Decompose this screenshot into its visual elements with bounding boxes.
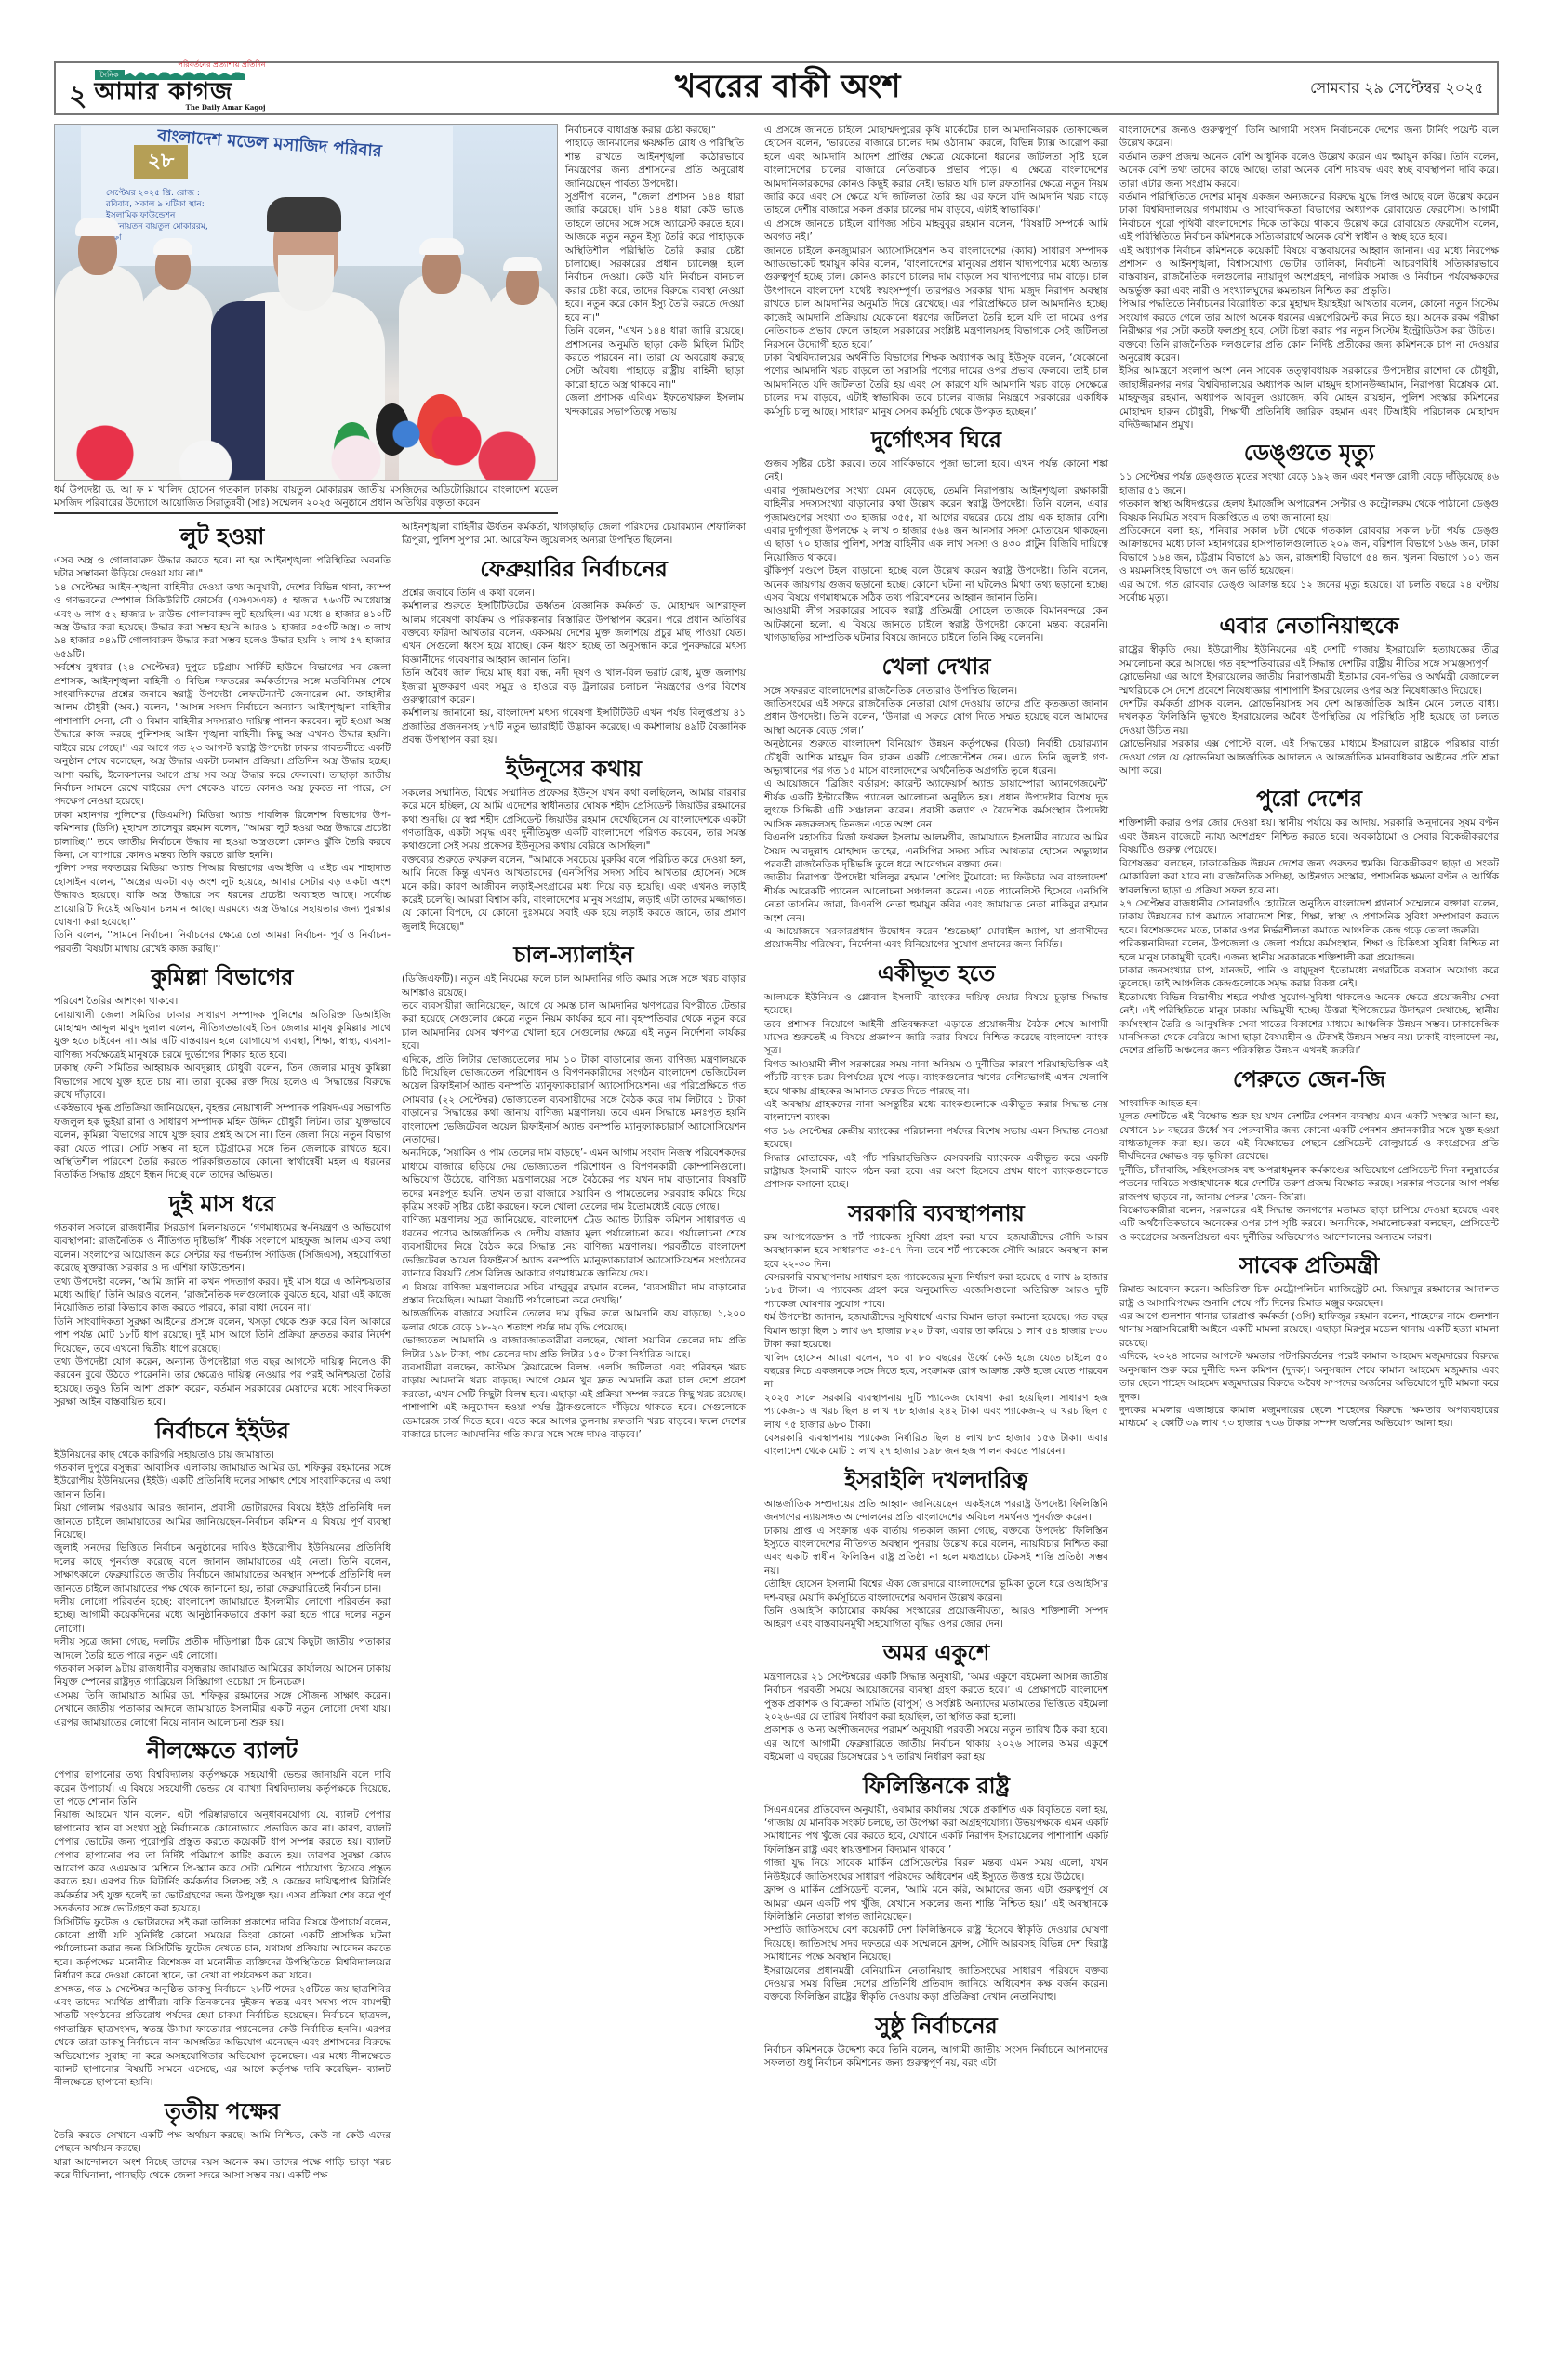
headline-khela: খেলা দেখার	[764, 651, 1108, 682]
headline-israel: ইসরাইলি দখলদারিত্ব	[764, 1464, 1108, 1496]
story-paragraph: এ বিষয়ে বাণিজ্য মন্ত্রণালয়ের সচিব মাহব…	[402, 1281, 746, 1308]
story-paragraph: তিনি বলেন, "এখন ১৪৪ ধারা জারি রয়েছে। প্…	[565, 324, 744, 391]
story-paragraph: সর্বশেষ বুধবার (২৪ সেপ্টেম্বর) দুপুরে চট…	[54, 661, 391, 808]
story-paragraph: তৈরি করতে সেখানে একটি পক্ষ অর্থায়ন করছে…	[54, 2129, 391, 2156]
story-paragraph: বর্তমান তরুণ প্রজন্ম অনেক বেশি আধুনিক বল…	[1119, 151, 1499, 191]
headline-two-months: দুই মাস ধরে	[54, 1188, 391, 1220]
story-paragraph: গাজা যুদ্ধ নিয়ে সাবেক মার্কিন প্রেসিডেন…	[764, 1857, 1108, 1884]
story-paragraph: পরিকল্পনাবিদরা বলেন, উপজেলা ও জেলা পর্যা…	[1119, 937, 1499, 964]
headline-yunus: ইউনূসের কথায়	[402, 753, 746, 785]
story-paragraph: ফ্রান্স ও মার্কিন প্রেসিডেন্ট বলেন, ‘আমি…	[764, 1884, 1108, 1924]
story-column-right: বাংলাদেশের জন্যও গুরুত্বপূর্ণ। তিনি আগাম…	[1119, 124, 1499, 1431]
story-paragraph: তৌহিদ হোসেন ইসলামী বিশ্বের ঐক্য জোরদারে …	[764, 1578, 1108, 1605]
story-paragraph: এসময় তিনি জামায়াত আমির ডা. শফিকুর রহমা…	[54, 1689, 391, 1729]
story-paragraph: অনুষ্ঠানের শুরুতে বাংলাদেশ বিনিয়োগ উন্ন…	[764, 737, 1108, 777]
story-paragraph: বেসরকারি ব্যবস্থাপনায় প্যাকেজ নির্ধারিত…	[764, 1432, 1108, 1459]
story-paragraph: ইসরায়েলের প্রধানমন্ত্রী বেনিয়ামিন নেতা…	[764, 1964, 1108, 2004]
headline-comilla: কুমিল্লা বিভাগের	[54, 961, 391, 993]
story-paragraph: ঢাকায় প্রাপ্ত এ সংক্রান্ত এক বার্তায় গ…	[764, 1525, 1108, 1579]
story-paragraph: স্লোভেনিয়া এর আগে ইসরায়েলের জাতীয় নির…	[1119, 670, 1499, 697]
story-paragraph: প্রসঙ্গত, গত ৯ সেপ্টেম্বর অনুষ্ঠিত ডাকসু…	[54, 1983, 391, 2090]
story-paragraph: এই অধ্যাপক নির্বাচন কমিশনকে কয়েকটি বিষয…	[1119, 245, 1499, 298]
headline-dengue: ডেঙ্গুতে মৃত্যু	[1119, 437, 1499, 469]
story-paragraph: ইতোমধ্যে বিভিন্ন বিভাগীয় শহরে পর্যাপ্ত …	[1119, 991, 1499, 1058]
story-paragraph: জাতিসংঘের এই সফরে রাজনৈতিক নেতারা যোগ দে…	[764, 697, 1108, 737]
newspaper-logo: ২ পরিবর্তনের প্রত্যাশায় প্রতিদিন দৈনিক …	[69, 66, 265, 111]
story-paragraph: দেশটির কর্মকর্তা গ্রাসক বলেন, স্লোভেনিয়…	[1119, 697, 1499, 737]
attendee-cap	[419, 238, 464, 255]
story-paragraph: সঙ্গে সফররত বাংলাদেশের রাজনৈতিক নেতারাও …	[764, 684, 1108, 697]
story-paragraph: বাংলাদেশের জন্যও গুরুত্বপূর্ণ। তিনি আগাম…	[1119, 124, 1499, 151]
story-paragraph: ঢাকার জনসংখ্যার চাপ, যানজট, পানি ও বায়ু…	[1119, 964, 1499, 991]
headline-durga: দুর্গোৎসব ঘিরে	[764, 424, 1108, 456]
headline-fair-election: সুষ্ঠু নির্বাচনের	[764, 2010, 1108, 2042]
story-paragraph: তথ্য উপদেষ্টা যোগ করেন, অন্যান্য উপদেষ্ট…	[54, 1355, 391, 1409]
story-paragraph: পিআর পদ্ধতিতে নির্বাচনের বিরোধিতা করে মু…	[1119, 297, 1499, 337]
tree-skyline-icon	[125, 69, 245, 80]
headline-loot: লুট হওয়া	[54, 521, 391, 552]
story-paragraph: ঢাকাস্থ ফেনী সমিতির আহ্বায়ক আবদুল্লাহ চ…	[54, 1062, 391, 1102]
story-paragraph: আওয়ামী লীগ সরকারের সাবেক স্বরাষ্ট্র প্র…	[764, 604, 1108, 644]
headline-merge: একীভূত হতে	[764, 958, 1108, 989]
story-paragraph: এ প্রসঙ্গে জানতে চাইলে বাণিজ্য সচিব মাহব…	[764, 218, 1108, 245]
story-paragraph: তিনি সাংবাদিকতা সুরক্ষা আইনের প্রসঙ্গে ব…	[54, 1316, 391, 1355]
story-paragraph: স্লোভেনিয়ার সরকার এক্স পোস্টে বলে, এই স…	[1119, 737, 1499, 777]
issue-date: সোমবার ২৯ সেপ্টেম্বর ২০২৫	[1310, 76, 1484, 101]
story-paragraph: তিনি বলেন, ''সামনে নির্বাচন। নির্বাচনের …	[54, 929, 391, 956]
story-paragraph: রিমান্ড আবেদন করেন। অতিরিক্ত চিফ মেট্রোপ…	[1119, 1283, 1499, 1310]
story-paragraph: সিদ্ধান্ত মোতাবেক, এই পাঁচ শরিয়াহভিত্তি…	[764, 1152, 1108, 1192]
story-paragraph: জুলাই সনদের ভিত্তিতে নির্বাচন অনুষ্ঠানের…	[54, 1541, 391, 1595]
story-paragraph: জানতে চাইলে কনজ্যুমারস অ্যাসোসিয়েশন অব …	[764, 245, 1108, 351]
story-paragraph: তিনি ওআইসি কাঠামোর কার্যকর সংস্কারের প্র…	[764, 1605, 1108, 1632]
story-paragraph: এদিকে, প্রতি লিটার ভোজ্যতেলের দাম ১০ টাক…	[402, 1053, 746, 1147]
story-paragraph: জেলা প্রশাসক এবিএম ইফতেখারুল ইসলাম খন্দক…	[565, 391, 744, 418]
story-paragraph: গতকাল স্বাস্থ্য অধিদপ্তরের হেলথ ইমার্জেন…	[1119, 497, 1499, 524]
story-paragraph: অন্যদিকে, ‘সয়াবিন ও পাম তেলের দাম বাড়ছ…	[402, 1146, 746, 1213]
logo-tagline: পরিবর্তনের প্রত্যাশায় প্রতিদিন	[179, 61, 266, 69]
story-paragraph: দলীয় সূত্রে জানা গেছে, দলটির প্রতীক দাঁ…	[54, 1635, 391, 1662]
story-paragraph: সিসিটিভি ফুটেজ ও ভোটারদের সই করা তালিকা …	[54, 1916, 391, 1983]
story-paragraph: এর আগে গুলশান থানার ভারপ্রাপ্ত কর্মকর্তা…	[1119, 1310, 1499, 1350]
story-paragraph: ১১ সেপ্টেম্বর পর্যন্ত ডেঙ্গুতে মৃতের সংখ…	[1119, 470, 1499, 497]
story-paragraph: শক্তিশালী করার ওপর জোর দেওয়া হয়। স্থান…	[1119, 816, 1499, 856]
story-paragraph: এ প্রসঙ্গে জানতে চাইলে মোহাম্মদপুরের কৃষ…	[764, 124, 1108, 218]
story-paragraph: নোয়াখালী জেলা সমিতির ঢাকার সাধারণ সম্পা…	[54, 1009, 391, 1063]
story-paragraph: ভোজ্যতেল আমদানি ও বাজারজাতকারীরা বলছেন, …	[402, 1334, 746, 1361]
story-column-second: আইনশৃঙ্খলা বাহিনীর ঊর্ধতন কর্মকর্তা, খাগ…	[402, 521, 746, 1441]
story-paragraph: জাতীয় নিরাপত্তা উপদেষ্টা খলিলুর রহমান ‘…	[764, 871, 1108, 925]
section-title: খবরের বাকী অংশ	[675, 62, 901, 115]
story-paragraph: এ আয়োজনে ‘ব্রিজিং বর্ডারস: কারেন্ট অ্যা…	[764, 777, 1108, 831]
story-paragraph: সাংবাদিক আহত হন।	[1119, 1097, 1499, 1110]
story-paragraph: কর্মশালায় জানানো হয়, বাংলাদেশ মৎস্য গব…	[402, 707, 746, 747]
story-paragraph: ঝুঁকিপূর্ণ মণ্ডপে টহল বাড়ানো হচ্ছে বলে …	[764, 564, 1108, 604]
story-paragraph: আন্তর্জাতিক বাজারে সয়াবিন তেলের দাম বৃদ…	[402, 1307, 746, 1334]
page-number: ২	[69, 83, 87, 111]
story-paragraph: এর আগে, গত রোববার ডেঙ্গু আক্রান্ত হয়ে ১…	[1119, 578, 1499, 605]
story-chal-continued: এ প্রসঙ্গে জানতে চাইলে মোহাম্মদপুরের কৃষ…	[764, 124, 1108, 2070]
story-paragraph: ১৪ সেপ্টেম্বর আইন-শৃঙ্খলা বাহিনীর দেওয়া…	[54, 581, 391, 661]
story-paragraph: বাণিজ্য মন্ত্রণালয় সূত্র জানিয়েছে, বাং…	[402, 1213, 746, 1280]
story-paragraph: গতকাল দুপুরে বসুন্ধরা আবাসিক এলাকায় জাম…	[54, 1461, 391, 1501]
story-paragraph: সুপ্রদীপ বলেন, "জেলা প্রশাসন ১৪৪ ধারা জা…	[565, 191, 744, 324]
story-paragraph: সিএনএনের প্রতিবেদন অনুযায়ী, ওবামার কার্…	[764, 1804, 1108, 1858]
headline-peru: পেরুতে জেন-জি	[1119, 1064, 1499, 1095]
story-paragraph: বক্তব্যে তিনি রাজনৈতিক দলগুলোর প্রতি কোন…	[1119, 338, 1499, 365]
story-paragraph: খালিদ হোসেন আরো বলেন, ৭০ বা ৮০ বছরের উর্…	[764, 1352, 1108, 1392]
story-paragraph: ঢাকা বিশ্ববিদ্যালয়ের অর্থনীতি বিভাগের শ…	[764, 351, 1108, 418]
story-paragraph: যারা আন্দোলনে অংশ নিচ্ছে তাদের বয়স অনেক…	[54, 2156, 391, 2183]
story-paragraph: তিনি অবৈধ জাল দিয়ে মাছ ধরা বন্ধ, নদী দূ…	[402, 667, 746, 707]
story-paragraph: রাষ্ট্রের স্বীকৃতি দেয়। ইউরোপীয় ইউনিয়…	[1119, 643, 1499, 670]
paper-name-english: The Daily Amar Kagoj	[186, 104, 266, 111]
story-paragraph: তবে প্রশাসক নিয়োগে আইনী প্রতিবন্ধকতা এড…	[764, 1018, 1108, 1058]
story-paragraph: ২০২৫ সালে সরকারি ব্যবস্থাপনায় দুটি প্যা…	[764, 1392, 1108, 1432]
headline-third-party: তৃতীয় পক্ষের	[54, 2096, 391, 2127]
story-paragraph: কর্মশালার শুরুতে ইন্সটিটিউটের ঊর্ধ্বতন ব…	[402, 600, 746, 667]
story-paragraph: এবার পূজামণ্ডপের সংখ্যা যেমন বেড়েছে, তে…	[764, 484, 1108, 564]
speaker-cap	[267, 197, 341, 232]
story-paragraph: ইসির আমন্ত্রণে সংলাপ অংশ নেন সাবেক তত্ত্…	[1119, 364, 1499, 431]
attendee-cap	[75, 218, 120, 236]
story-paragraph: বক্তব্যের শুরুতে ফখরুল বলেন, "আমাকে সবচে…	[402, 853, 746, 933]
story-paragraph: মন্ত্রণালয়ের ২১ সেপ্টেম্বরের একটি সিদ্ধ…	[764, 1671, 1108, 1725]
speaker-beard	[278, 255, 334, 311]
story-paragraph: দলীয় লোগো পরিবর্তন হচ্ছে: বাংলাদেশ জামা…	[54, 1595, 391, 1635]
headline-february: ফেব্রুয়ারির নির্বাচনের	[402, 553, 746, 585]
story-paragraph: পুলিশ সদর দফতরের মিডিয়া অ্যান্ড পিআর বি…	[54, 862, 391, 929]
headline-palestine: ফিলিস্তিনকে রাষ্ট্র	[764, 1770, 1108, 1802]
headline-whole-country: পুরো দেশের	[1119, 783, 1499, 814]
headline-nilkhet: নীলক্ষেতে ব্যালট	[54, 1735, 391, 1766]
story-paragraph: গতকাল সকালে রাজধানীর সিরডাপ মিলনায়তনে ‘…	[54, 1222, 391, 1276]
story-paragraph: গুজব সৃষ্টির চেষ্টা করবে। তবে সার্বিকভাব…	[764, 457, 1108, 484]
story-paragraph: এসব অস্ত্র ও গোলাবারুদ উদ্ধার করতে হবে। …	[54, 554, 391, 581]
story-paragraph: সম্প্রতি জাতিসংঘে বেশ কয়েকটি দেশ ফিলিস্…	[764, 1924, 1108, 1963]
story-paragraph: এ আয়োজনে সরকারপ্রধান উদ্বোধন করেন ‘শুভে…	[764, 925, 1108, 952]
lead-photo: বাংলাদেশ মডেল মসাজিদ পরিবার ২৮ সেপ্টেম্ব…	[54, 124, 558, 481]
banner-date-text: সেপ্টেম্বর ২০২৫ খ্রি. রোজ : রবিবার, সকাল…	[106, 188, 208, 244]
story-paragraph: বর্তমান পরিস্থিতিতে দেশের মানুষ একজন অন্…	[1119, 191, 1499, 245]
story-paragraph: বিএনপি মহাসচিব মির্জা ফখরুল ইসলাম আলমগীর…	[764, 831, 1108, 871]
story-paragraph: ২৭ সেপ্টেম্বর রাজধানীর সোনারগাঁও হোটেলে …	[1119, 897, 1499, 937]
headline-ekushe: অমর একুশে	[764, 1637, 1108, 1669]
story-paragraph: নির্বাচন কমিশনকে উদ্দেশ্য করে তিনি বলেন,…	[764, 2043, 1108, 2070]
banner-date-badge: ২৮	[134, 145, 188, 178]
headline-netanyahu: এবার নেতানিয়াহুকে	[1119, 610, 1499, 641]
attendee-cap	[153, 238, 192, 255]
headline-rice-oil: চাল-স্যালাইন	[402, 939, 746, 971]
story-paragraph: গতকাল সকাল ৯টায় রাজধানীর বসুন্ধরায় জাম…	[54, 1662, 391, 1689]
story-paragraph: প্রকাশক ও অন্য অংশীজনদের পরামর্শ অনুযায়…	[764, 1724, 1108, 1764]
photo-caption: ধর্ম উপদেষ্টা ড. আ ফ ম খালিদ হোসেন গতকাল…	[54, 483, 558, 514]
story-paragraph: ইউনিয়নের কাছ থেকে কারিগরি সহায়তাও চায়…	[54, 1448, 391, 1461]
story-paragraph: এদিকে, ২০২৪ সালের আগস্টে ক্ষমতার পটপরিবর…	[1119, 1350, 1499, 1404]
story-paragraph: একইভাবে ক্ষুব্ধ প্রতিক্রিয়া জানিয়েছেন,…	[54, 1102, 391, 1182]
story-column-left: লুট হওয়া এসব অস্ত্র ও গোলাবারুদ উদ্ধার …	[54, 521, 391, 2182]
masthead: ২ পরিবর্তনের প্রত্যাশায় প্রতিদিন দৈনিক …	[54, 61, 1499, 115]
story-paragraph: পাহাড়ে জানমালের ক্ষয়ক্ষতি রোধ ও পরিস্থ…	[565, 137, 744, 191]
headline-hajj: সরকারি ব্যবস্থাপনায়	[764, 1197, 1108, 1229]
story-paragraph: মিয়া গোলাম পরওয়ার আরও জানান, প্রবাসী ভ…	[54, 1501, 391, 1541]
story-paragraph: দুদকের মামলার এজাহারে কামাল মজুমদারের ছে…	[1119, 1404, 1499, 1431]
story-paragraph: তবে ব্যবসায়ীরা জানিয়েছেন, আগে যে সমস্ত…	[402, 999, 746, 1053]
story-paragraph: ঢাকা মহানগর পুলিশের (ডিএমপি) মিডিয়া অ্য…	[54, 809, 391, 863]
story-paragraph: পেপার ছাপানোর তথ্য বিশ্ববিদ্যালয় কর্তৃপ…	[54, 1768, 391, 1808]
story-paragraph: আলমকে ইউনিয়ন ও গ্লোবাল ইসলামী ব্যাংকের …	[764, 991, 1108, 1018]
story-paragraph: নির্বাচনকে বাধাগ্রস্ত করার চেষ্টা করছে।"	[565, 124, 744, 137]
story-pahar: নির্বাচনকে বাধাগ্রস্ত করার চেষ্টা করছে।"…	[565, 124, 744, 418]
story-paragraph: আইনশৃঙ্খলা বাহিনীর ঊর্ধতন কর্মকর্তা, খাগ…	[402, 521, 746, 548]
story-paragraph: প্রতিবেদনে বলা হয়, শনিবার সকাল ৮টা থেকে…	[1119, 524, 1499, 578]
story-paragraph: বেসরকারি ব্যবস্থাপনায় সাধারণ হজ প্যাকেজ…	[764, 1271, 1108, 1311]
story-paragraph: দুর্নীতি, চাঁদাবাজি, সহিংসতাসহ বহু অপরাধ…	[1119, 1164, 1499, 1204]
flower-decoration	[55, 415, 557, 480]
attendee-cap	[503, 257, 542, 271]
story-paragraph: রুম আপগেডেশন ও শর্ট প্যাকেজ সুবিধা গ্রহণ…	[764, 1231, 1108, 1271]
story-paragraph: (ডিজিএফটি)। নতুন এই নিয়মের ফলে চাল আমদা…	[402, 972, 746, 999]
story-paragraph: বিগত আওয়ামী লীগ সরকারের সময় নানা অনিয়…	[764, 1058, 1108, 1098]
headline-eu: নির্বাচনে ইইউর	[54, 1415, 391, 1447]
story-paragraph: ধর্ম উপদেষ্টা জানান, হজযাত্রীদের সুবিধার…	[764, 1311, 1108, 1351]
story-paragraph: ব্যবসায়ীরা বলছেন, কাস্টমস ক্লিয়ারেন্সে…	[402, 1361, 746, 1441]
story-paragraph: বিক্ষোভকারীরা বলেন, সরকারের এই সিদ্ধান্ত…	[1119, 1204, 1499, 1244]
story-paragraph: মূলত দেশটিতে এই বিক্ষোভ শুরু হয় যখন দেশ…	[1119, 1110, 1499, 1164]
headline-ex-minister: সাবেক প্রতিমন্ত্রী	[1119, 1249, 1499, 1281]
story-paragraph: তথ্য উপদেষ্টা বলেন, ‘আমি জানি না কখন পদত…	[54, 1276, 391, 1316]
story-paragraph: গত ১৬ সেপ্টেম্বর কেন্দ্রীয় ব্যাংকের পরি…	[764, 1125, 1108, 1152]
story-paragraph: এই অবস্থায় গ্রাহকদের নানা অসন্তুষ্টির ম…	[764, 1098, 1108, 1125]
story-paragraph: আন্তর্জাতিক সম্প্রদায়ের প্রতি আহ্বান জা…	[764, 1498, 1108, 1525]
story-paragraph: সকলের সম্মানিত, বিশ্বের সম্মানিত প্রফেসর…	[402, 787, 746, 853]
story-paragraph: বিশেষজ্ঞরা বলছেন, ঢাকাকেন্দ্রিক উন্নয়ন …	[1119, 857, 1499, 897]
story-paragraph: পরিবেশ তৈরির আশংকা থাকবে।	[54, 995, 391, 1008]
story-paragraph: নিয়াজ আহমেদ খান বলেন, এটা পরিষ্কারভাবে …	[54, 1808, 391, 1915]
paper-name: আমার কাগজ	[95, 80, 233, 104]
story-paragraph: প্রশ্নের জবাবে তিনি এ কথা বলেন।	[402, 587, 746, 600]
